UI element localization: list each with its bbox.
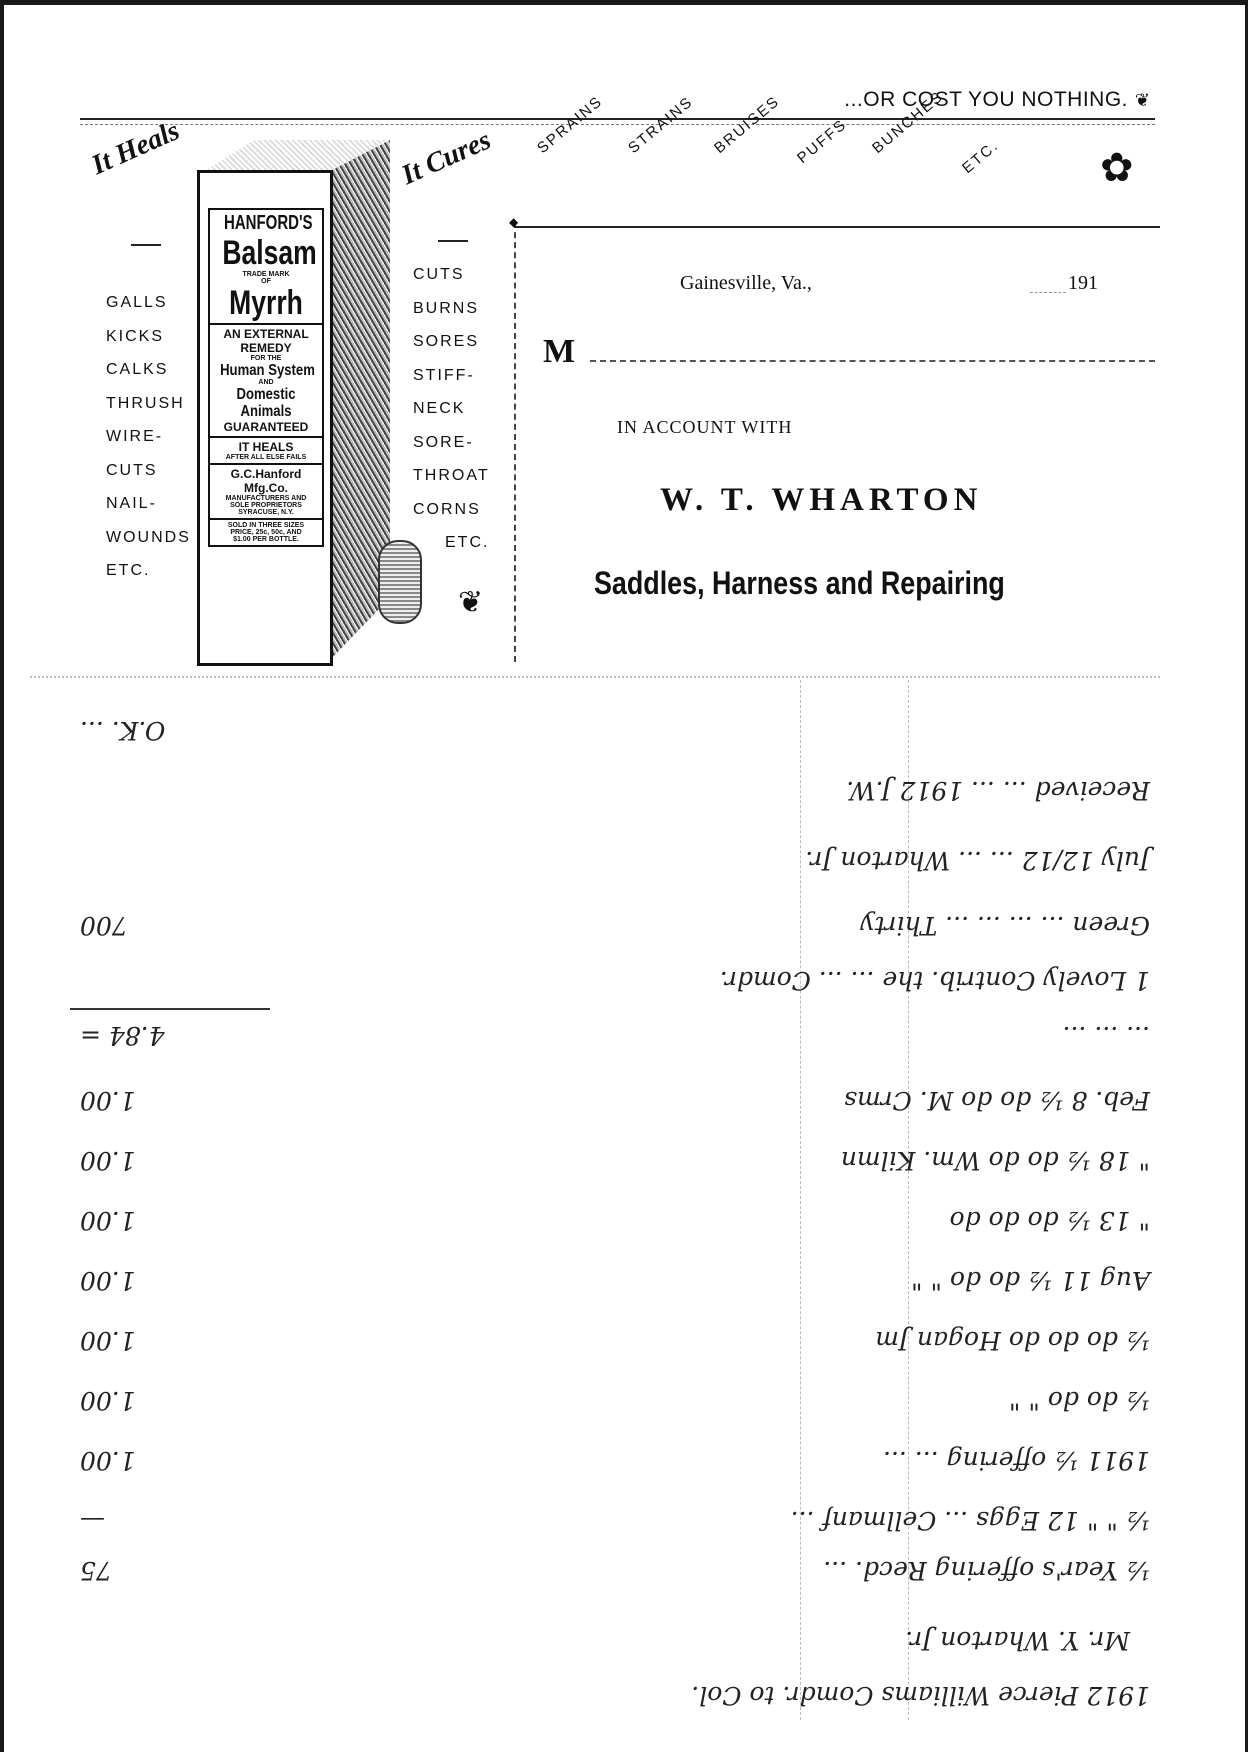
label-maker-city: SYRACUSE, N.Y.	[210, 509, 322, 516]
top-rule	[80, 118, 1155, 120]
label-sizes: SOLD IN THREE SIZES	[210, 522, 322, 529]
leaf-ornament-icon: ❦	[458, 585, 483, 620]
ledger-underline	[70, 1008, 270, 1010]
ledger-line: ½ do do do Hogan Jm1.00	[60, 1315, 1170, 1355]
billhead-frame-left	[514, 222, 516, 662]
cures-item: STIFF-	[413, 359, 490, 393]
cures-item: BURNS	[413, 292, 490, 326]
merchant-trade: Saddles, Harness and Repairing	[594, 565, 1005, 602]
label-name-1: Balsam	[222, 235, 309, 271]
top-rule-dashed	[80, 124, 1155, 125]
cures-item: NECK	[413, 392, 490, 426]
ledger-line: " 18 ½ do do Wm. Kilmn1.00	[60, 1135, 1170, 1175]
slogan-text: ...OR COST YOU NOTHING.	[844, 88, 1128, 112]
heals-list: GALLS KICKS CALKS THRUSH WIRE- CUTS NAIL…	[106, 286, 191, 588]
addressee-prefix: M	[543, 333, 575, 371]
cures-item: THROAT	[413, 459, 490, 493]
label-desc: FOR THE	[210, 355, 322, 362]
heals-item: CUTS	[106, 454, 191, 488]
scan-border-top	[0, 0, 1248, 5]
cures-item: SORE-	[413, 426, 490, 460]
flower-icon: ✿	[1100, 145, 1134, 191]
billhead-year: 191	[1068, 272, 1098, 295]
heals-divider	[131, 244, 161, 246]
addressee-line	[590, 360, 1155, 362]
label-maker-sub: SOLE PROPRIETORS	[210, 502, 322, 509]
ledger-line: 1912 Pierce Williams Comdr. to Col.	[60, 1670, 1170, 1710]
ledger-line: Green ... ... ... ... Thirty700	[60, 900, 1170, 940]
ledger-line: July 12/12 ... ... Wharton Jr.	[60, 835, 1170, 875]
label-desc: Animals	[220, 403, 312, 420]
heals-item: KICKS	[106, 320, 191, 354]
label-desc: REMEDY	[210, 341, 322, 355]
ledger-line: Received ... ... 1912 J.W.	[60, 765, 1170, 805]
fleuron-icon: ❦	[1135, 90, 1150, 111]
heals-item: WOUNDS	[106, 521, 191, 555]
ledger-line: " 13 ½ do do do1.00	[60, 1195, 1170, 1235]
label-guarantee: GUARANTEED	[210, 420, 322, 434]
ledger-line: Mr. Y. Wharton Jr.	[60, 1615, 1170, 1655]
label-sizes: $1.00 PER BOTTLE.	[210, 536, 322, 543]
cures-item: CORNS	[413, 493, 490, 527]
label-sizes-section: SOLD IN THREE SIZES PRICE, 25c, 50c, AND…	[210, 520, 322, 545]
cures-divider	[438, 240, 468, 242]
heals-item: CALKS	[106, 353, 191, 387]
handwritten-ledger: 1912 Pierce Williams Comdr. to Col. Mr. …	[60, 690, 1170, 1730]
cures-title: It Cures	[397, 124, 496, 192]
cures-list: CUTS BURNS SORES STIFF- NECK SORE- THROA…	[413, 258, 490, 560]
ledger-line: O.K. ...	[60, 705, 1170, 745]
billhead-frame-top	[514, 226, 1160, 228]
heals-item: NAIL-	[106, 487, 191, 521]
merchant-name: W. T. WHARTON	[660, 482, 982, 519]
perforation-line	[30, 676, 1160, 678]
label-heals-section: IT HEALS AFTER ALL ELSE FAILS	[210, 438, 322, 465]
cures-item: SORES	[413, 325, 490, 359]
label-heals-sub: AFTER ALL ELSE FAILS	[210, 454, 322, 461]
ledger-line: 1911 ½ offering ... ...1.00	[60, 1435, 1170, 1475]
label-desc: AND	[210, 379, 322, 386]
account-with-text: IN ACCOUNT WITH	[617, 417, 792, 438]
label-description-section: AN EXTERNAL REMEDY FOR THE Human System …	[210, 325, 322, 438]
label-desc: AN EXTERNAL	[210, 327, 322, 341]
ledger-line: 1 Lovely Contrib. the ... ... Comdr.	[60, 955, 1170, 995]
ledger-line: ½ " " 12 Eggs ... Cellmanf ...—	[60, 1495, 1170, 1535]
frame-corner-icon: ◆	[509, 215, 518, 229]
ledger-line: ... ... ...4.84 =	[60, 1010, 1170, 1050]
ledger-line: ½ Year's offering Recd. ...75	[60, 1545, 1170, 1585]
label-name-2: Myrrh	[222, 285, 309, 321]
ailment-diagonal: ETC.	[959, 137, 1002, 177]
ledger-line: ½ do do " "1.00	[60, 1375, 1170, 1415]
label-sizes: PRICE, 25c, 50c, AND	[210, 529, 322, 536]
product-label: HANFORD'S Balsam TRADE MARK OF Myrrh AN …	[208, 208, 324, 547]
label-heals: IT HEALS	[210, 440, 322, 454]
billhead-place: Gainesville, Va.,	[680, 272, 812, 295]
label-maker-section: G.C.Hanford Mfg.Co. MANUFACTURERS AND SO…	[210, 465, 322, 520]
label-trade-mark: TRADE MARK	[210, 271, 322, 278]
label-desc: Human System	[220, 362, 312, 379]
date-blank	[1030, 292, 1066, 293]
heals-item: GALLS	[106, 286, 191, 320]
label-brand-section: HANFORD'S Balsam TRADE MARK OF Myrrh	[210, 210, 322, 325]
ailment-diagonal: STRAINS	[625, 93, 696, 157]
heals-item: ETC.	[106, 554, 191, 588]
label-maker-sub: MANUFACTURERS AND	[210, 495, 322, 502]
heals-item: WIRE-	[106, 420, 191, 454]
ledger-line: Aug 11 ½ do do " "1.00	[60, 1255, 1170, 1295]
label-desc: Domestic	[220, 386, 312, 403]
label-brand: HANFORD'S	[224, 212, 308, 235]
cures-item: CUTS	[413, 258, 490, 292]
label-maker: G.C.Hanford Mfg.Co.	[210, 467, 322, 495]
scan-border-left	[0, 0, 4, 1752]
ledger-line: Feb. 8 ½ do do M. Crms1.00	[60, 1075, 1170, 1115]
cures-item: ETC.	[413, 526, 490, 560]
heals-item: THRUSH	[106, 387, 191, 421]
heals-title: It Heals	[87, 115, 185, 182]
